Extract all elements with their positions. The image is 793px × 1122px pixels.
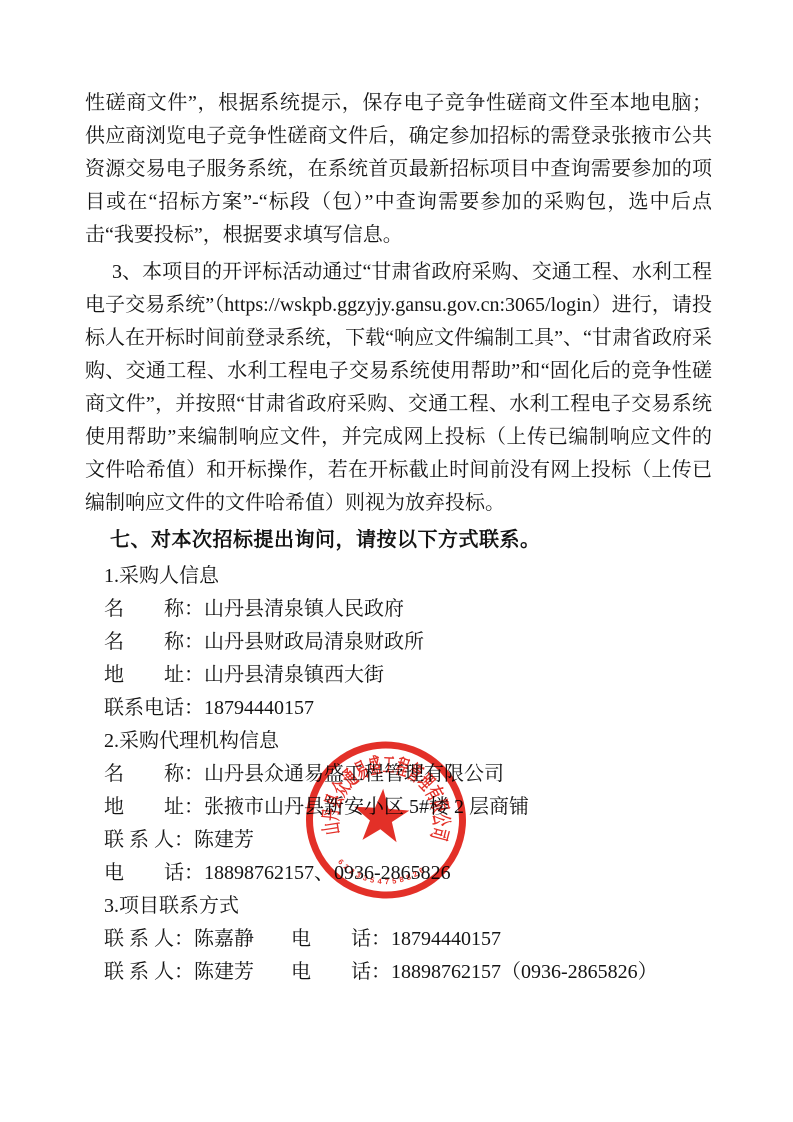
purchaser-address: 地 址：山丹县清泉镇西大街: [104, 659, 712, 692]
agency-name: 名 称：山丹县众通易盛工程管理有限公司: [104, 758, 712, 791]
project-contacts-title: 3.项目联系方式: [104, 890, 712, 923]
agency-address: 地 址：张掖市山丹县新安小区 5#楼 2 层商铺: [104, 791, 712, 824]
agency-title: 2.采购代理机构信息: [104, 725, 712, 758]
purchaser-name-1: 名 称：山丹县清泉镇人民政府: [104, 593, 712, 626]
purchaser-info-block: 1.采购人信息 名 称：山丹县清泉镇人民政府 名 称：山丹县财政局清泉财政所 地…: [104, 560, 712, 725]
project-contact-phone: 电 话：18898762157（0936-2865826）: [291, 956, 658, 989]
paragraph-item-3: 3、本项目的开评标活动通过“甘肃省政府采购、交通工程、水利工程电子交易系统”（h…: [85, 256, 712, 520]
project-contact-row: 联 系 人：陈嘉静 电 话：18794440157: [104, 923, 712, 956]
project-contact-person: 联 系 人：陈建芳: [104, 956, 291, 989]
purchaser-title: 1.采购人信息: [104, 560, 712, 593]
agency-info-block: 2.采购代理机构信息 名 称：山丹县众通易盛工程管理有限公司 地 址：张掖市山丹…: [104, 725, 712, 890]
document-page: 性磋商文件”，根据系统提示，保存电子竞争性磋商文件至本地电脑；供应商浏览电子竞争…: [0, 0, 793, 1122]
project-contact-row: 联 系 人：陈建芳 电 话：18898762157（0936-2865826）: [104, 956, 712, 989]
agency-phone: 电 话：18898762157、0936-2865826: [104, 857, 712, 890]
project-contacts-block: 3.项目联系方式 联 系 人：陈嘉静 电 话：18794440157 联 系 人…: [104, 890, 712, 989]
purchaser-name-2: 名 称：山丹县财政局清泉财政所: [104, 626, 712, 659]
section-heading-seven: 七、对本次招标提出询问，请按以下方式联系。: [85, 524, 712, 557]
purchaser-phone: 联系电话：18794440157: [104, 692, 712, 725]
agency-contact-person: 联 系 人：陈建芳: [104, 824, 712, 857]
project-contact-phone: 电 话：18794440157: [291, 923, 501, 956]
project-contact-person: 联 系 人：陈嘉静: [104, 923, 291, 956]
document-content: 性磋商文件”，根据系统提示，保存电子竞争性磋商文件至本地电脑；供应商浏览电子竞争…: [85, 87, 712, 989]
paragraph-continuation: 性磋商文件”，根据系统提示，保存电子竞争性磋商文件至本地电脑；供应商浏览电子竞争…: [85, 87, 712, 252]
